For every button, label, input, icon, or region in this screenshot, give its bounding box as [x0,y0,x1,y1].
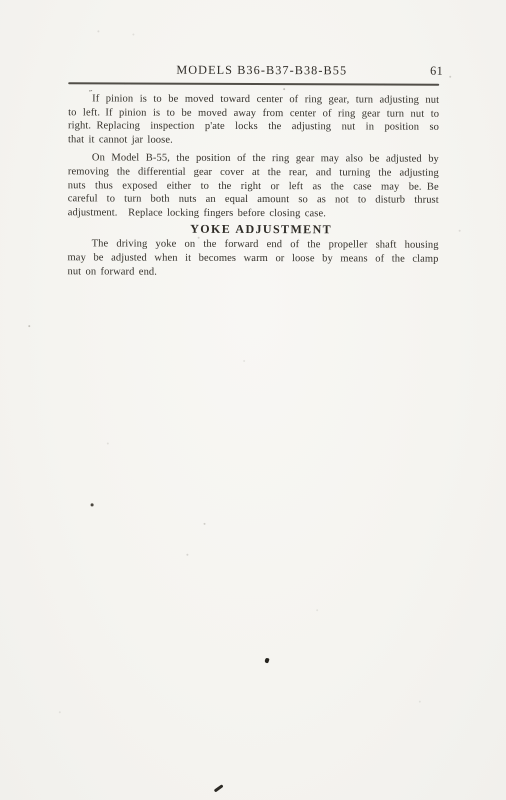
text-line: nut on forward end. [67,265,438,280]
header-rule [68,82,439,85]
text-line: The driving yoke on the forward end of t… [68,238,439,253]
text-line: nuts thus exposed either to the right or… [68,179,439,194]
paper-noise-specks [2,0,4,1]
body-text-column: If pinion is to be moved toward center o… [67,92,439,280]
text-line: On Model B-55, the position of the ring … [68,152,439,167]
text-line: to left. If pinion is to be moved away f… [68,106,439,121]
text-line: careful to turn both nuts an equal amoun… [68,193,439,208]
text-line: removing the differential gear cover at … [68,165,439,180]
paragraph: If pinion is to be moved toward center o… [68,92,439,148]
paragraph: The driving yoke on the forward end of t… [67,238,438,281]
page-content: MODELS B36-B37-B38-B55 61 ˝ If pinion is… [0,0,506,800]
ink-speck [264,658,269,664]
paragraph: On Model B-55, the position of the ring … [68,152,439,222]
section-heading: YOKE ADJUSTMENT [68,221,439,236]
running-header-title: MODELS B36-B37-B38-B55 [176,63,347,78]
running-header: MODELS B36-B37-B38-B55 61 [68,62,439,81]
text-line: If pinion is to be moved toward center o… [68,92,439,107]
ink-speck [91,503,94,506]
text-line: adjustment. Replace locking fingers befo… [68,206,439,221]
text-line: right. Replacing inspection p'ate locks … [68,120,439,135]
text-line: may be adjusted when it becomes warm or … [68,251,439,266]
scanned-manual-page: MODELS B36-B37-B38-B55 61 ˝ If pinion is… [0,0,506,800]
ink-speck [214,784,224,792]
page-number: 61 [430,64,443,78]
text-line: that it cannot jar loose. [68,133,439,148]
